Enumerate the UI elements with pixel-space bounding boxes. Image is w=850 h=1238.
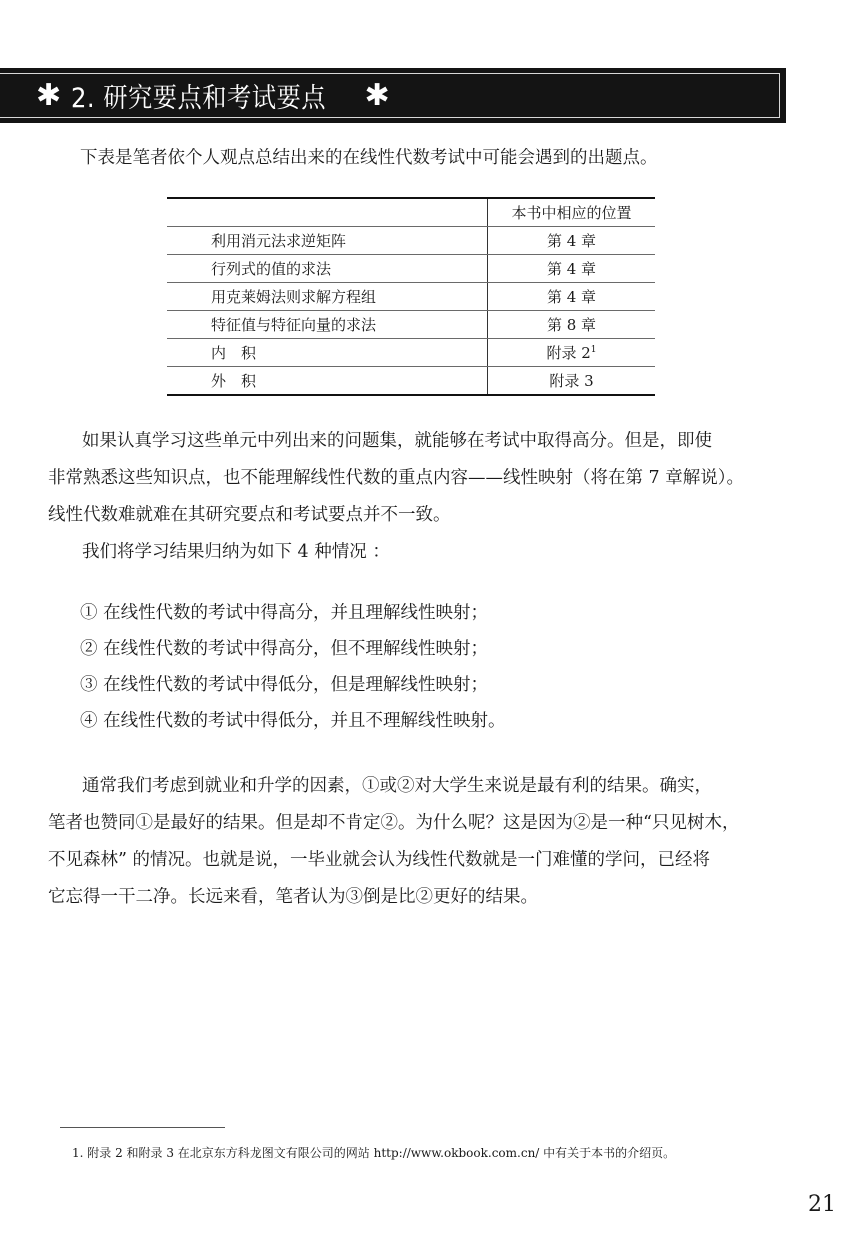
list-item: ② 在线性代数的考试中得高分，但不理解线性映射； — [80, 631, 506, 667]
intro-paragraph: 下表是笔者依个人观点总结出来的在线性代数考试中可能会遇到的出题点。 — [80, 143, 658, 173]
table-row: 用克莱姆法则求解方程组 第 4 章 — [167, 283, 655, 311]
table-header-topic — [167, 198, 488, 227]
footnote-marker: 1 — [591, 345, 597, 355]
table-cell-location: 附录 21 — [488, 339, 656, 367]
table-row: 利用消元法求逆矩阵 第 4 章 — [167, 227, 655, 255]
table-cell-location: 第 8 章 — [488, 311, 656, 339]
table-cell-topic: 用克莱姆法则求解方程组 — [167, 283, 488, 311]
exam-topics-table: 本书中相应的位置 利用消元法求逆矩阵 第 4 章 行列式的值的求法 第 4 章 … — [167, 197, 655, 396]
paragraph-line: 笔者也赞同①是最好的结果。但是却不肯定②。为什么呢？这是因为②是一种“只见树木， — [48, 805, 788, 842]
location-text: 附录 2 — [546, 344, 590, 362]
table-cell-topic: 利用消元法求逆矩阵 — [167, 227, 488, 255]
table-row: 特征值与特征向量的求法 第 8 章 — [167, 311, 655, 339]
table-cell-topic: 特征值与特征向量的求法 — [167, 311, 488, 339]
section-header-frame: ✱ 2. 研究要点和考试要点 ✱ — [0, 73, 780, 118]
paragraph-exam-vs-understanding: 如果认真学习这些单元中列出来的问题集，就能够在考试中取得高分。但是，即使 非常熟… — [48, 423, 788, 571]
asterisk-icon: ✱ — [364, 81, 389, 111]
list-item: ① 在线性代数的考试中得高分，并且理解线性映射； — [80, 595, 506, 631]
table-cell-location: 第 4 章 — [488, 255, 656, 283]
section-title: 2. 研究要点和考试要点 — [71, 76, 326, 115]
paragraph-line: 通常我们考虑到就业和升学的因素，①或②对大学生来说是最有利的结果。确实， — [48, 768, 788, 805]
list-item: ④ 在线性代数的考试中得低分，并且不理解线性映射。 — [80, 703, 506, 739]
paragraph-line: 非常熟悉这些知识点，也不能理解线性代数的重点内容——线性映射（将在第 7 章解说… — [48, 460, 788, 497]
table-header-location: 本书中相应的位置 — [488, 198, 656, 227]
table-row: 外 积 附录 3 — [167, 367, 655, 396]
paragraph-line: 线性代数难就难在其研究要点和考试要点并不一致。 — [48, 497, 788, 534]
footnote: 1. 附录 2 和附录 3 在北京东方科龙图文有限公司的网站 http://ww… — [72, 1145, 675, 1161]
paragraph-conclusion: 通常我们考虑到就业和升学的因素，①或②对大学生来说是最有利的结果。确实， 笔者也… — [48, 768, 788, 916]
table-cell-location: 第 4 章 — [488, 227, 656, 255]
paragraph-line: 如果认真学习这些单元中列出来的问题集，就能够在考试中取得高分。但是，即使 — [48, 423, 788, 460]
table-cell-topic: 内 积 — [167, 339, 488, 367]
table-cell-topic: 外 积 — [167, 367, 488, 396]
outcome-cases-list: ① 在线性代数的考试中得高分，并且理解线性映射； ② 在线性代数的考试中得高分，… — [80, 595, 506, 739]
asterisk-icon: ✱ — [36, 81, 61, 111]
footnote-divider — [60, 1127, 225, 1128]
table-row: 内 积 附录 21 — [167, 339, 655, 367]
table-cell-topic: 行列式的值的求法 — [167, 255, 488, 283]
table-cell-location: 第 4 章 — [488, 283, 656, 311]
page-number: 21 — [808, 1192, 836, 1217]
table-cell-location: 附录 3 — [488, 367, 656, 396]
paragraph-line: 不见森林” 的情况。也就是说，一毕业就会认为线性代数就是一门难懂的学问，已经将 — [48, 842, 788, 879]
table-row: 行列式的值的求法 第 4 章 — [167, 255, 655, 283]
list-item: ③ 在线性代数的考试中得低分，但是理解线性映射； — [80, 667, 506, 703]
paragraph-line: 它忘得一干二净。长远来看，笔者认为③倒是比②更好的结果。 — [48, 879, 788, 916]
table-header-row: 本书中相应的位置 — [167, 198, 655, 227]
section-header-bar: ✱ 2. 研究要点和考试要点 ✱ — [0, 68, 786, 123]
paragraph-summary-intro: 我们将学习结果归纳为如下 4 种情况 ： — [48, 534, 788, 571]
